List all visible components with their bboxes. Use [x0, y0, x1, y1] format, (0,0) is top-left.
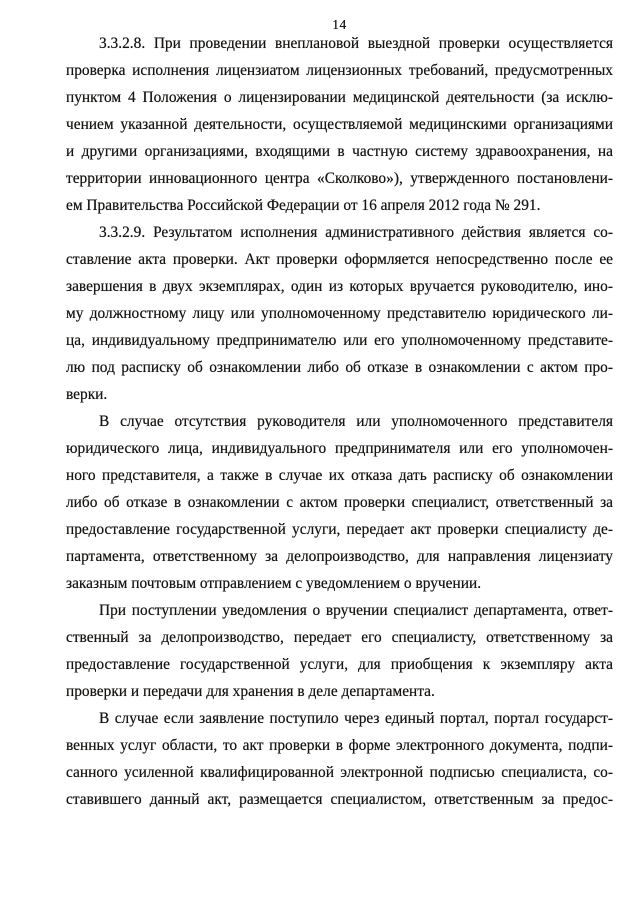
text-line: предоставление государственной услуги, п…	[66, 516, 613, 543]
text-line: ца, индивидуальному предпринимателю или …	[66, 327, 613, 354]
text-line: и другими организациями, входящими в час…	[66, 138, 613, 165]
text-line: партамента, ответственному за делопроизв…	[66, 543, 613, 570]
text-line: ставившего данный акт, размещается специ…	[66, 786, 613, 813]
text-line: ного представителя, а также в случае их …	[66, 462, 613, 489]
text-line: верки.	[66, 381, 613, 408]
paragraph: 3.3.2.8. При проведении внеплановой выез…	[66, 30, 613, 219]
text-line: завершения в двух экземплярах, один из к…	[66, 273, 613, 300]
text-line: ем Правительства Российской Федерации от…	[66, 192, 613, 219]
document-page: 14 3.3.2.8. При проведении внеплановой в…	[0, 0, 640, 905]
text-line: ставление акта проверки. Акт проверки оф…	[66, 246, 613, 273]
paragraph: При поступлении уведомления о вручении с…	[66, 597, 613, 705]
text-line: проверка исполнения лицензиатом лицензио…	[66, 57, 613, 84]
paragraph: 3.3.2.9. Результатом исполнения админист…	[66, 219, 613, 408]
text-line: 3.3.2.8. При проведении внеплановой выез…	[66, 30, 613, 57]
text-line: му должностному лицу или уполномоченному…	[66, 300, 613, 327]
text-line: чением указанной деятельности, осуществл…	[66, 111, 613, 138]
paragraph: В случае если заявление поступило через …	[66, 705, 613, 813]
text-line: территории инновационного центра «Сколко…	[66, 165, 613, 192]
text-line: венных услуг области, то акт проверки в …	[66, 732, 613, 759]
text-line: санного усиленной квалифицированной элек…	[66, 759, 613, 786]
text-line: 3.3.2.9. Результатом исполнения админист…	[66, 219, 613, 246]
paragraph: В случае отсутствия руководителя или упо…	[66, 408, 613, 597]
document-text-block: 3.3.2.8. При проведении внеплановой выез…	[66, 30, 613, 813]
text-line: проверки и передачи для хранения в деле …	[66, 678, 613, 705]
text-line: либо об отказе в ознакомлении с актом пр…	[66, 489, 613, 516]
text-line: В случае если заявление поступило через …	[66, 705, 613, 732]
text-line: заказным почтовым отправлением с уведомл…	[66, 570, 613, 597]
text-line: предоставление государственной услуги, д…	[66, 651, 613, 678]
text-line: ственный за делопроизводство, передает е…	[66, 624, 613, 651]
text-line: лю под расписку об ознакомлении либо об …	[66, 354, 613, 381]
text-line: При поступлении уведомления о вручении с…	[66, 597, 613, 624]
text-line: пунктом 4 Положения о лицензировании мед…	[66, 84, 613, 111]
text-line: В случае отсутствия руководителя или упо…	[66, 408, 613, 435]
text-line: юридического лица, индивидуального предп…	[66, 435, 613, 462]
